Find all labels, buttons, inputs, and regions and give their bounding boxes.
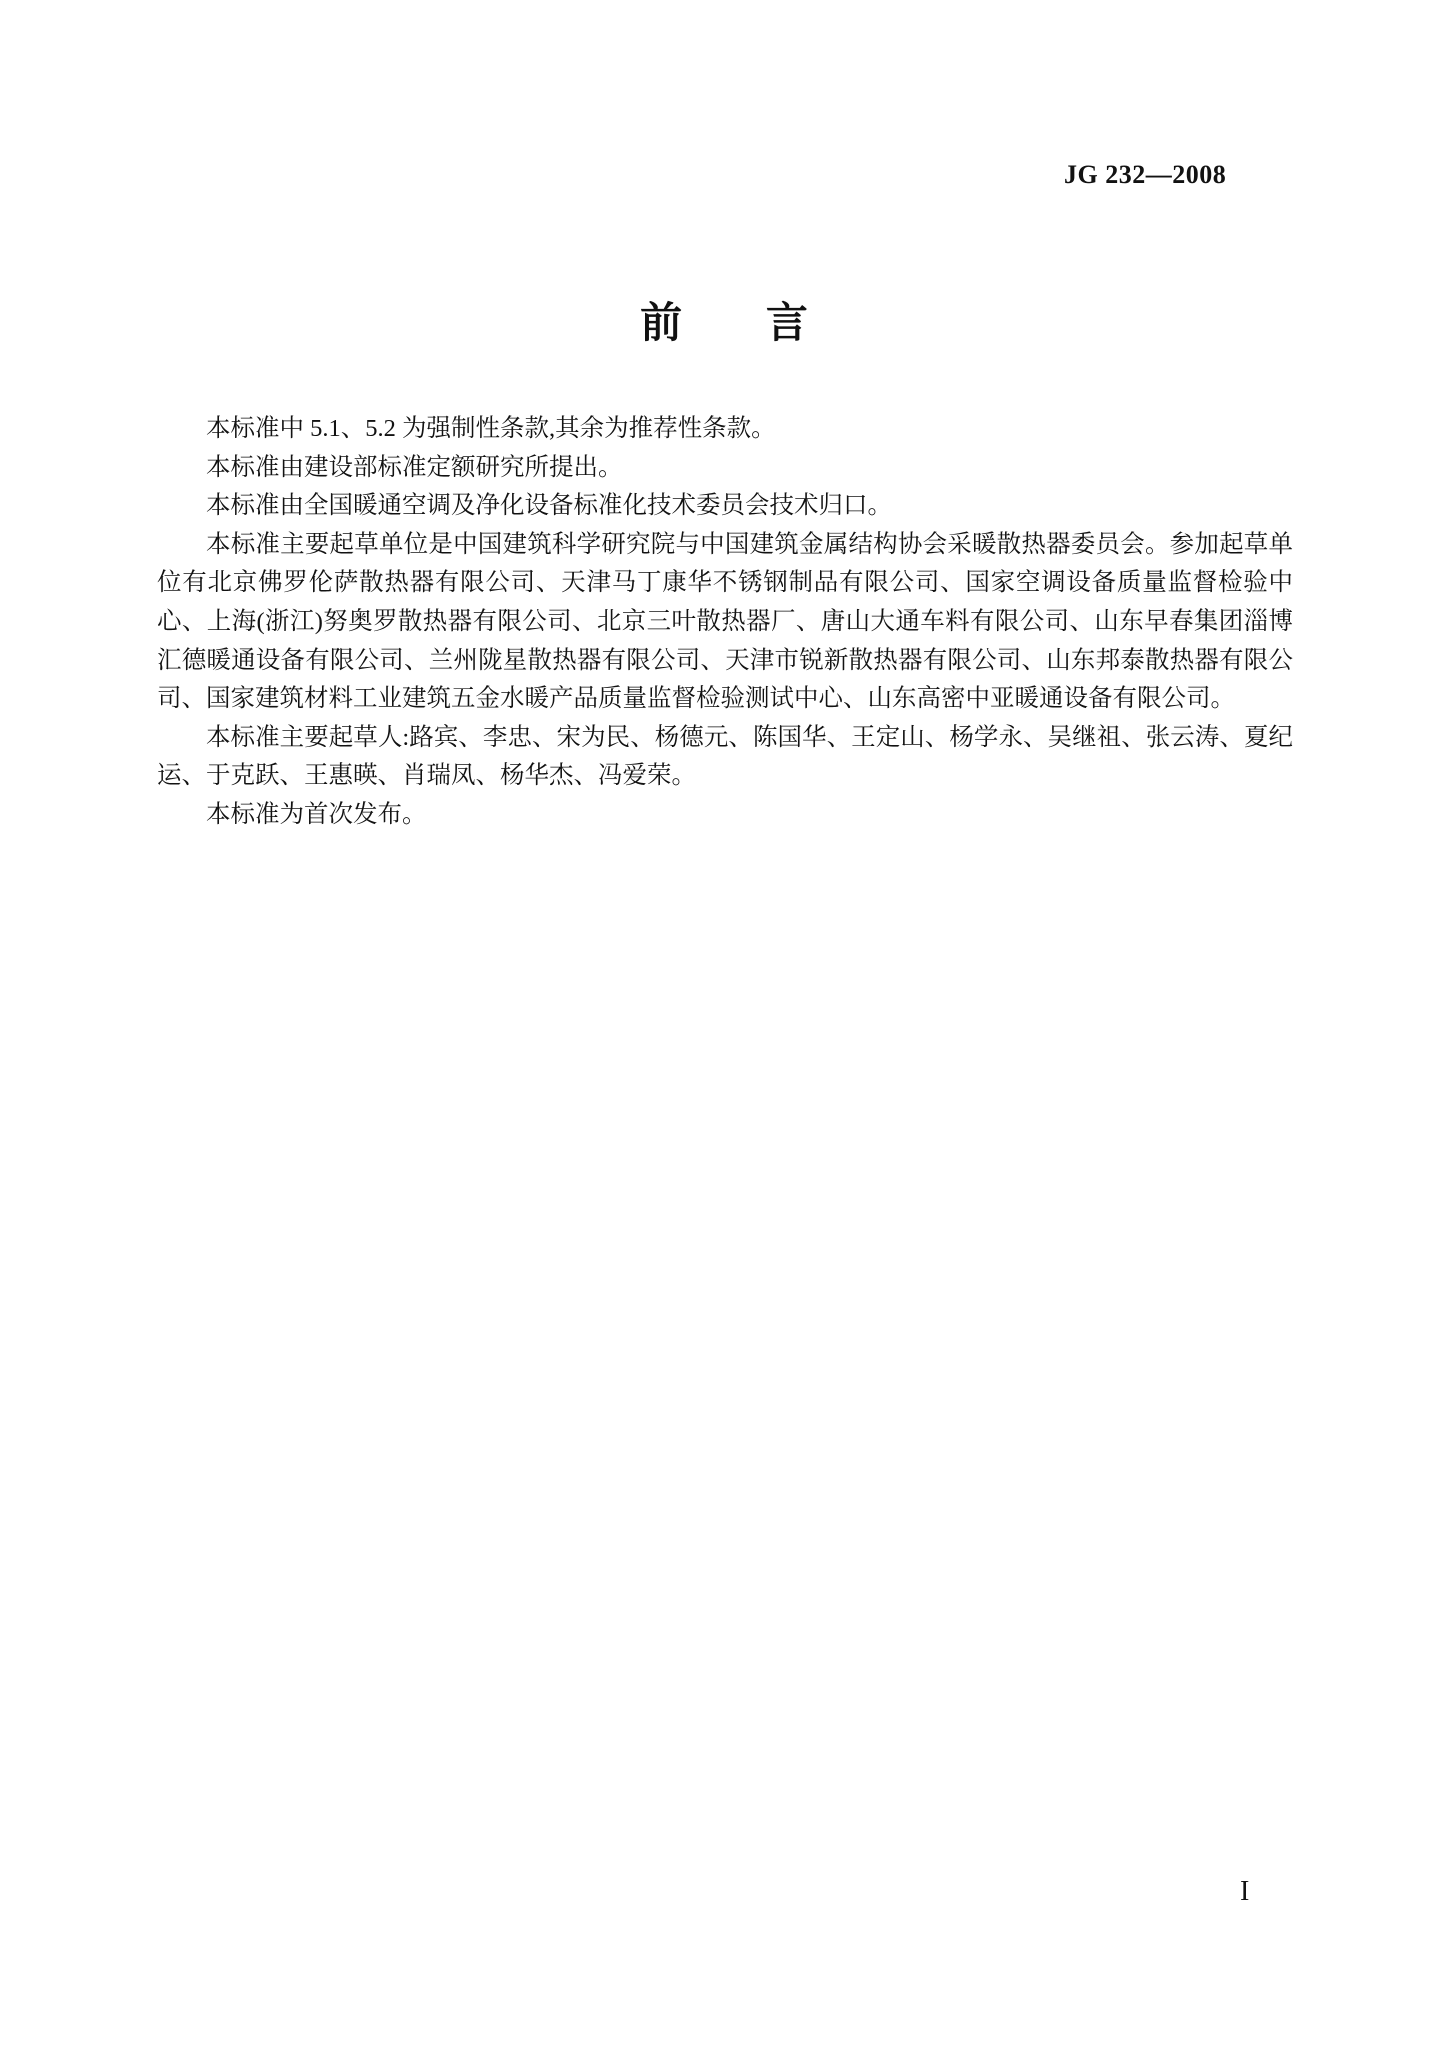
document-page: JG 232—2008 前 言 本标准中 5.1、5.2 为强制性条款,其余为推… <box>0 0 1448 2048</box>
foreword-paragraph-3: 本标准由全国暖通空调及净化设备标准化技术委员会技术归口。 <box>157 487 1293 526</box>
foreword-paragraph-1: 本标准中 5.1、5.2 为强制性条款,其余为推荐性条款。 <box>157 410 1293 449</box>
foreword-paragraph-2: 本标准由建设部标准定额研究所提出。 <box>157 449 1293 488</box>
page-title: 前 言 <box>0 290 1448 350</box>
page-title-char-first: 前 <box>640 299 682 346</box>
foreword-paragraph-4: 本标准主要起草单位是中国建筑科学研究院与中国建筑金属结构协会采暖散热器委员会。参… <box>157 526 1293 719</box>
page-title-char-second: 言 <box>766 299 808 346</box>
foreword-paragraph-6: 本标准为首次发布。 <box>157 796 1293 835</box>
page-number: I <box>1240 1876 1249 1908</box>
standard-code: JG 232—2008 <box>1064 160 1264 190</box>
foreword-body: 本标准中 5.1、5.2 为强制性条款,其余为推荐性条款。 本标准由建设部标准定… <box>157 410 1293 835</box>
foreword-paragraph-5: 本标准主要起草人:路宾、李忠、宋为民、杨德元、陈国华、王定山、杨学永、吴继祖、张… <box>157 719 1293 796</box>
